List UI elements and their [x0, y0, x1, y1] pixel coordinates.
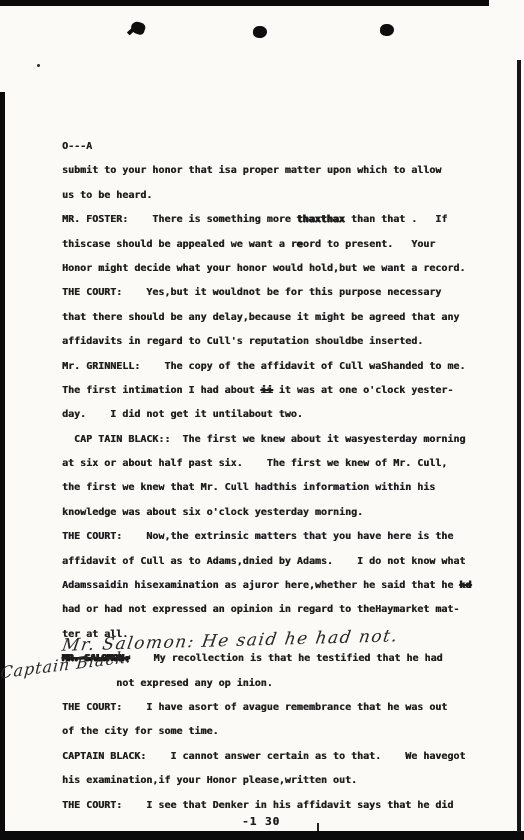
transcript-segment: Mr. GRINNELL: The copy of the affidavit … — [62, 361, 465, 372]
transcript-line: had or had not expressed an opinion in r… — [62, 598, 502, 622]
transcript-line: submit to your honor that isa proper mat… — [62, 159, 502, 183]
transcript-line: us to be heard. — [62, 184, 502, 208]
transcript-line: affidavits in regard to Cull's reputatio… — [62, 330, 502, 354]
transcript-line: THE COURT: Now,the extrinsic matters tha… — [62, 525, 502, 549]
transcript-line: THE COURT: I see that Denker in his affi… — [62, 794, 502, 818]
transcript-line: of the city for some time. — [62, 720, 502, 744]
transcript-segment: ord to present. Your — [303, 239, 435, 250]
transcript-segment: affidavit of Cull as to Adams,dnied by A… — [62, 556, 465, 567]
transcript-line: Honor might decide what your honor would… — [62, 257, 502, 281]
transcript-segment: CAP TAIN BLACK:: The first we knew about… — [62, 434, 465, 445]
scan-edge-right — [517, 60, 521, 832]
transcript-line: thiscase should be appealed we want a re… — [62, 233, 502, 257]
transcript-line: knowledge was about six o'clock yesterda… — [62, 501, 502, 525]
transcript-segment: us to be heard. — [62, 190, 152, 201]
transcript-segment-overtype: thaxthax — [297, 214, 345, 225]
transcript-line: affidavit of Cull as to Adams,dnied by A… — [62, 550, 502, 574]
transcript-line: CAP TAIN BLACK:: The first we knew about… — [62, 428, 502, 452]
transcript-segment: it was at one o'clock yester- — [273, 385, 454, 396]
transcript-segment: than that . If — [345, 214, 447, 225]
scan-edge-left — [0, 92, 5, 840]
ink-dot-icon — [129, 20, 146, 36]
scan-edge-bottom — [0, 831, 524, 840]
transcript-line: O---A — [62, 135, 502, 159]
transcript-line: not expresed any op inion. — [62, 672, 502, 696]
transcript-segment: not expresed any op inion. — [62, 678, 273, 689]
transcript-line: the first we knew that Mr. Cull hadthis … — [62, 476, 502, 500]
transcript-segment: THE COURT: Now,the extrinsic matters tha… — [62, 531, 453, 542]
transcript-line: THE COURT: Yes,but it wouldnot be for th… — [62, 281, 502, 305]
transcript-segment: that there should be any delay,because i… — [62, 312, 459, 323]
transcript-line: his examination,if your Honor please,wri… — [62, 769, 502, 793]
scanned-transcript-page: O---Asubmit to your honor that isa prope… — [0, 0, 524, 840]
ink-dot-icon — [253, 26, 267, 38]
transcript-segment: Adamssaidin hisexamination as ajuror her… — [62, 580, 459, 591]
transcript-segment: THE COURT: I have asort of avague rememb… — [62, 702, 447, 713]
transcript-segment: Honor might decide what your honor would… — [62, 263, 465, 274]
transcript-segment: affidavits in regard to Cull's reputatio… — [62, 336, 423, 347]
transcript-segment: submit to your honor that isa proper mat… — [62, 165, 441, 176]
scan-artifact-tick — [317, 823, 319, 831]
transcript-line: THE COURT: I have asort of avague rememb… — [62, 696, 502, 720]
transcript-line: that there should be any delay,because i… — [62, 306, 502, 330]
transcript-segment: The first intimation I had about — [62, 385, 261, 396]
transcript-body: O---Asubmit to your honor that isa prope… — [62, 135, 502, 818]
transcript-segment: THE COURT: I see that Denker in his affi… — [62, 800, 453, 811]
transcript-segment: thiscase should be appealed we want a r — [62, 239, 297, 250]
transcript-segment: at six or about half past six. The first… — [62, 458, 447, 469]
transcript-segment: day. I did not get it untilabout two. — [62, 409, 303, 420]
transcript-segment: My recollection is that he testified tha… — [129, 653, 442, 664]
transcript-line: Adamssaidin hisexamination as ajuror her… — [62, 574, 502, 598]
scan-edge-top — [0, 0, 489, 6]
transcript-line: MR. FOSTER: There is something more thax… — [62, 208, 502, 232]
page-number: -1 30 — [242, 815, 280, 828]
transcript-segment: O---A — [62, 141, 92, 152]
transcript-line: Mr. GRINNELL: The copy of the affidavit … — [62, 355, 502, 379]
transcript-segment: THE COURT: Yes,but it wouldnot be for th… — [62, 287, 441, 298]
transcript-segment-strike: kd — [459, 580, 471, 591]
transcript-segment: CAPTAIN BLACK: I cannot answer certain a… — [62, 751, 465, 762]
transcript-line: at six or about half past six. The first… — [62, 452, 502, 476]
transcript-segment: MR. FOSTER: There is something more — [62, 214, 297, 225]
ink-speck — [37, 64, 40, 67]
transcript-line: The first intimation I had about ii it w… — [62, 379, 502, 403]
transcript-segment: the first we knew that Mr. Cull hadthis … — [62, 482, 435, 493]
transcript-line: day. I did not get it untilabout two. — [62, 403, 502, 427]
transcript-segment: had or had not expressed an opinion in r… — [62, 604, 459, 615]
transcript-line: CAPTAIN BLACK: I cannot answer certain a… — [62, 745, 502, 769]
ink-dot-icon — [380, 24, 394, 36]
transcript-segment-strike: ii — [261, 385, 273, 396]
transcript-segment: of the city for some time. — [62, 726, 219, 737]
transcript-segment: knowledge was about six o'clock yesterda… — [62, 507, 363, 518]
transcript-segment: his examination,if your Honor please,wri… — [62, 775, 357, 786]
